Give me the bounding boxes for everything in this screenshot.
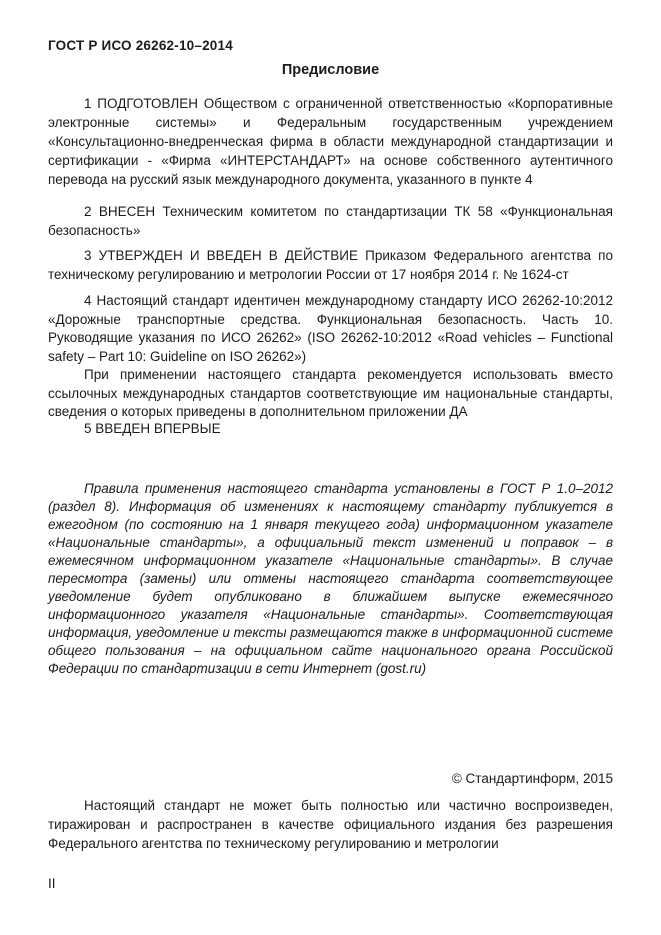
foreword-item-2-text: 2 ВНЕСЕН Техническим комитетом по станда…	[48, 202, 613, 240]
reproduction-notice-text: Настоящий стандарт не может быть полност…	[48, 796, 613, 853]
foreword-item-4-note: При применении настоящего стандарта реко…	[48, 366, 613, 422]
document-number: ГОСТ Р ИСО 26262-10–2014	[48, 38, 233, 53]
application-rules: Правила применения настоящего стандарта …	[48, 480, 613, 678]
reproduction-notice: Настоящий стандарт не может быть полност…	[48, 796, 613, 853]
foreword-item-5-text: 5 ВВЕДЕН ВПЕРВЫЕ	[48, 419, 613, 438]
foreword-item-3-text: 3 УТВЕРЖДЕН И ВВЕДЕН В ДЕЙСТВИЕ Приказом…	[48, 246, 613, 284]
copyright-notice: © Стандартинформ, 2015	[48, 771, 613, 786]
application-rules-text: Правила применения настоящего стандарта …	[48, 480, 613, 678]
foreword-item-4: 4 Настоящий стандарт идентичен междунаро…	[48, 292, 613, 422]
foreword-item-3: 3 УТВЕРЖДЕН И ВВЕДЕН В ДЕЙСТВИЕ Приказом…	[48, 246, 613, 284]
foreword-item-2: 2 ВНЕСЕН Техническим комитетом по станда…	[48, 202, 613, 240]
foreword-item-4-text: 4 Настоящий стандарт идентичен междунаро…	[48, 292, 613, 366]
document-page: ГОСТ Р ИСО 26262-10–2014 Предисловие 1 П…	[0, 0, 661, 935]
foreword-item-5: 5 ВВЕДЕН ВПЕРВЫЕ	[48, 419, 613, 438]
foreword-item-1: 1 ПОДГОТОВЛЕН Обществом с ограниченной о…	[48, 94, 613, 189]
page-number: II	[48, 876, 56, 891]
page-title: Предисловие	[48, 62, 613, 78]
foreword-item-1-text: 1 ПОДГОТОВЛЕН Обществом с ограниченной о…	[48, 94, 613, 189]
